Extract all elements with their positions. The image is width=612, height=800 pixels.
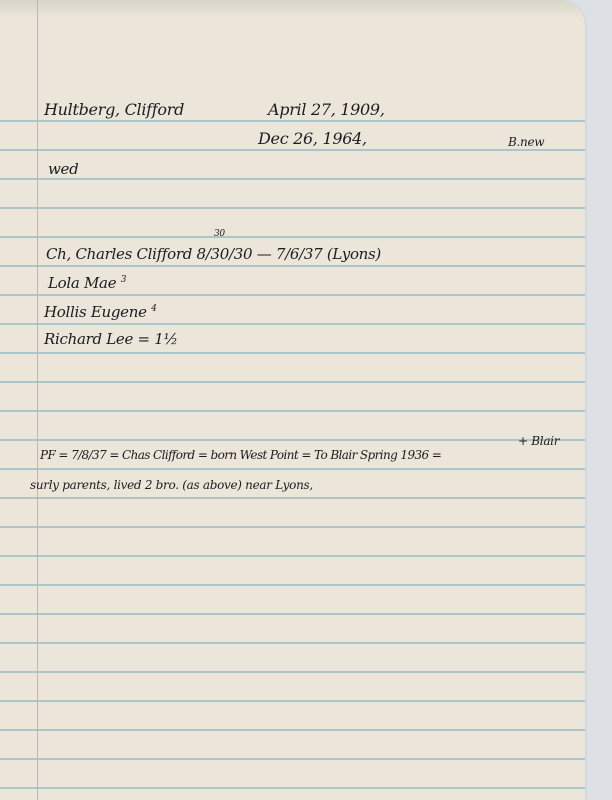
child-line-1: Ch, Charles Clifford 8/30/30 — 7/6/37 (L… bbox=[46, 245, 381, 263]
rule-line bbox=[0, 323, 585, 325]
rule-line bbox=[0, 439, 585, 441]
person-name: Hultberg, Clifford bbox=[44, 100, 184, 119]
rule-line bbox=[0, 149, 585, 151]
child-line-2: Lola Mae 3 bbox=[48, 274, 126, 292]
rule-line bbox=[0, 381, 585, 383]
rule-line bbox=[0, 468, 585, 470]
child-line-1-superscript: 30 bbox=[214, 229, 225, 239]
rule-line bbox=[0, 236, 585, 238]
marital-status: wed bbox=[48, 160, 78, 178]
note-line-2: surly parents, lived 2 bro. (as above) n… bbox=[30, 478, 313, 492]
child-name: Hollis Eugene bbox=[44, 303, 147, 321]
rule-line bbox=[0, 178, 585, 180]
child-name: Lola Mae bbox=[48, 274, 116, 292]
rule-line bbox=[0, 352, 585, 354]
note-line-1-insert: + Blair bbox=[518, 434, 559, 448]
notebook-paper: Hultberg, Clifford April 27, 1909, Dec 2… bbox=[0, 0, 585, 800]
rule-line bbox=[0, 497, 585, 499]
child-age: 4 bbox=[151, 304, 156, 314]
rule-line bbox=[0, 787, 585, 789]
margin-line bbox=[37, 0, 38, 800]
child-line-3: Hollis Eugene 4 bbox=[44, 303, 157, 321]
rule-line bbox=[0, 294, 585, 296]
rule-line bbox=[0, 410, 585, 412]
rule-line bbox=[0, 207, 585, 209]
death-date: Dec 26, 1964, bbox=[258, 129, 367, 148]
child-line-4: Richard Lee = 1½ bbox=[44, 330, 178, 348]
rule-line bbox=[0, 729, 585, 731]
rule-line bbox=[0, 642, 585, 644]
rule-line bbox=[0, 700, 585, 702]
rule-line bbox=[0, 120, 585, 122]
right-note: B.new bbox=[508, 135, 544, 149]
rule-line bbox=[0, 555, 585, 557]
rule-line bbox=[0, 671, 585, 673]
rule-line bbox=[0, 613, 585, 615]
rule-line bbox=[0, 758, 585, 760]
child-age: 3 bbox=[121, 275, 126, 285]
birth-date: April 27, 1909, bbox=[268, 100, 385, 119]
rule-line bbox=[0, 526, 585, 528]
rule-line bbox=[0, 265, 585, 267]
rule-line bbox=[0, 584, 585, 586]
note-line-1: PF = 7/8/37 = Chas Clifford = born West … bbox=[40, 448, 441, 462]
